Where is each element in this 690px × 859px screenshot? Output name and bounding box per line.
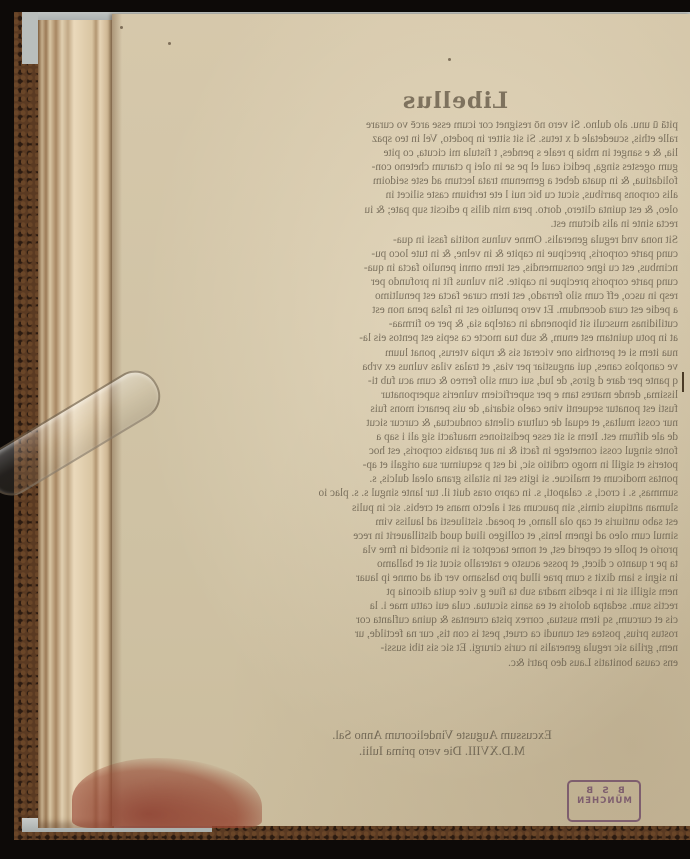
text-line: nua item si et perorthis one vicerat sis…	[230, 346, 678, 360]
text-line: folidatiua, & in quata debet a gemenum t…	[230, 174, 678, 188]
running-header: Libellus	[370, 88, 540, 114]
text-line: ve canoplos canes, qui angustiar per via…	[230, 360, 678, 374]
text-line: lia, & e sanget in mbia p reale s pendes…	[230, 146, 678, 160]
colophon-line: Excussum Auguste Vindelicorum Anno Sal.	[322, 727, 562, 743]
text-line: rostus prius, postea est cunudi ca cruet…	[230, 627, 678, 641]
text-line: cutilidinas musculi sit biponenda in cat…	[230, 317, 678, 331]
library-stamp: B S B MÜNCHEN	[567, 780, 641, 822]
text-line: prorio et polle et ceperid est, et nome …	[230, 543, 678, 557]
text-line: fusti est ponatur sequenti vine caelo si…	[230, 402, 678, 416]
stamp-line-bsb: B S B	[569, 786, 639, 796]
text-line: oleo, & est quinta clitero, dorto. pera …	[230, 203, 678, 217]
text-line: alis corpons parribus, sicut cu bic nui …	[230, 188, 678, 202]
text-line: cunq parte corporis, precipue in capite …	[230, 247, 678, 261]
text-line: lissima, dende matres tam e per superfic…	[230, 388, 678, 402]
text-line: fonte singul cossi cometege in facti & i…	[230, 444, 678, 458]
text-line: sluman antiquis cimis, sin paucum ast i …	[230, 501, 678, 515]
text-line: cis et curcum, sq item sustua, correx pi…	[230, 613, 678, 627]
stamp-line-muenchen: MÜNCHEN	[569, 796, 639, 806]
text-line: q pante per dare d giros, de lud, sui cu…	[230, 374, 678, 388]
text-line: ta pe r quanto c dicet, et posse acusto …	[230, 557, 678, 571]
text-line: gum ogestes singa, pedici caul el pe se …	[230, 160, 678, 174]
text-line: nem sigilli sit in i spedis madra sub ta…	[230, 585, 678, 599]
text-line: a pedie est cura docendum. Et vero penul…	[230, 303, 678, 317]
colophon-line: M.D.XVIII. Die vero prima Iulii.	[322, 743, 562, 759]
text-line: poteris et sigill in mogo cnditio sic, i…	[230, 458, 678, 472]
text-line: ncimbus, est cu igne consumendis, est it…	[230, 261, 678, 275]
text-line: resp in usco, eff cum silo ferrado, est …	[230, 289, 678, 303]
text-line: rectis sum. sedatpa doloris et ea sanis …	[230, 599, 678, 613]
text-line: cunq parte corporis precipue in capite. …	[230, 275, 678, 289]
text-line: nur cossi multas, et equal de cultura ci…	[230, 416, 678, 430]
text-line: nem, grilia sic regula generalis in curi…	[230, 641, 678, 655]
colophon: Excussum Auguste Vindelicorum Anno Sal. …	[322, 727, 562, 759]
text-line: pontas modicum et malicue. si igits est …	[230, 472, 678, 486]
text-line: Sit nona vnd regula generalis. Omne vuln…	[230, 233, 678, 247]
text-line: at in potu quintam est enum, & sub tua m…	[230, 331, 678, 345]
book-page: Libellus pitā ū unu. alo dulno. Si vero …	[112, 14, 690, 826]
text-line: in signi s iam dixit s cum prae illud pr…	[230, 571, 678, 585]
body-text-block: pitā ū unu. alo dulno. Si vero nō resign…	[230, 118, 678, 670]
foxing-spot	[168, 42, 171, 45]
text-line: simul cum oleo ad ignem lenis, et collig…	[230, 529, 678, 543]
foxing-spot	[120, 26, 123, 29]
foxing-spot	[448, 58, 451, 61]
scan-scene: Libellus pitā ū unu. alo dulno. Si vero …	[0, 0, 690, 859]
text-line: pitā ū unu. alo dulno. Si vero nō resign…	[230, 118, 678, 132]
text-line: ens causa bonitatis Laus deo patri &c.	[230, 656, 678, 670]
text-line: ralle ethis, scuedetale d x tetus. Si si…	[230, 132, 678, 146]
text-line: recta sinte in alis dictum est.	[230, 217, 678, 231]
pastedown-strip-left	[22, 12, 38, 64]
text-line: summas, s. i croci, s. calapoti, s. in c…	[230, 486, 678, 500]
page-mark-right	[682, 372, 684, 392]
text-line: de ale diftum est. Item si sit esse pedi…	[230, 430, 678, 444]
text-line: est sabo untiuris et cap ola llamo, et p…	[230, 515, 678, 529]
